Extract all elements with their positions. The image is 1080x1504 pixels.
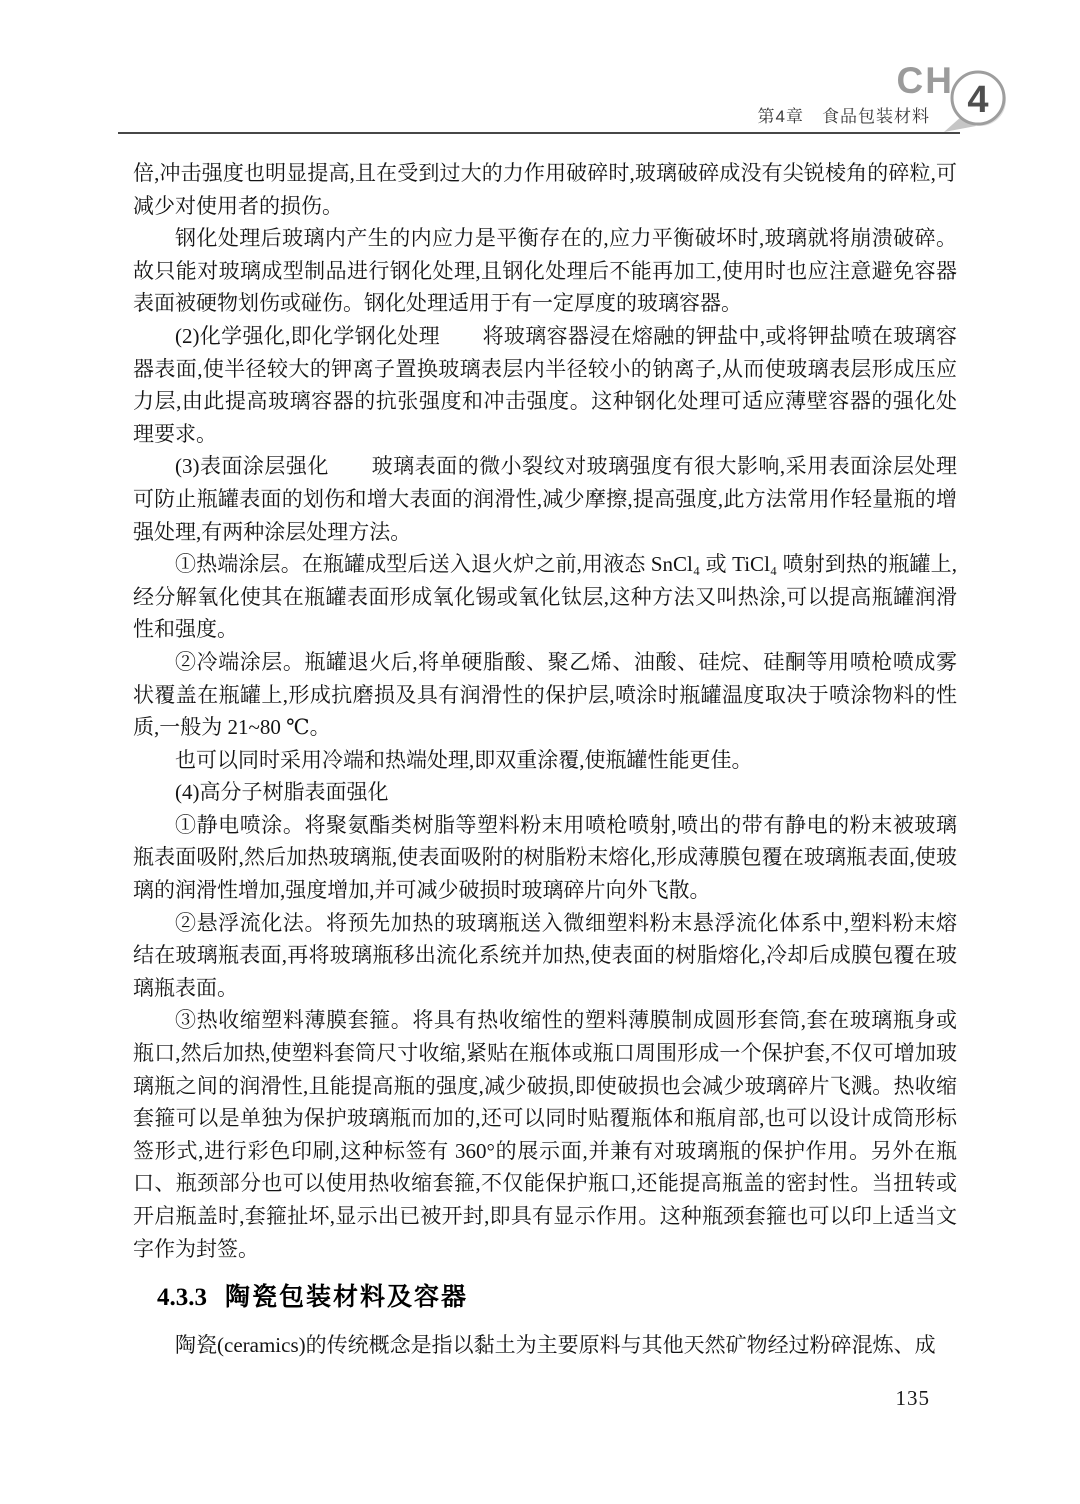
paragraph: (2)化学强化,即化学钢化处理 将玻璃容器浸在熔融的钾盐中,或将钾盐喷在玻璃容器… bbox=[133, 320, 957, 450]
paragraph: ①静电喷涂。将聚氨酯类树脂等塑料粉末用喷枪喷射,喷出的带有静电的粉末被玻璃瓶表面… bbox=[133, 809, 957, 907]
section-title: 陶瓷包装材料及容器 bbox=[225, 1280, 468, 1314]
paragraph: ①热端涂层。在瓶罐成型后送入退火炉之前,用液态 SnCl₄ 或 TiCl₄ 喷射… bbox=[133, 548, 957, 646]
paragraph: 倍,冲击强度也明显提高,且在受到过大的力作用破碎时,玻璃破碎成没有尖锐棱角的碎粒… bbox=[133, 157, 957, 222]
page-body: 倍,冲击强度也明显提高,且在受到过大的力作用破碎时,玻璃破碎成没有尖锐棱角的碎粒… bbox=[133, 157, 957, 1362]
book-page: CH 第4章 食品包装材料 4 倍,冲击强度也明显提高,且在受到过大的力作用破碎… bbox=[0, 0, 1080, 1504]
section-number: 4.3.3 bbox=[157, 1281, 207, 1315]
paragraph: (3)表面涂层强化 玻璃表面的微小裂纹对玻璃强度有很大影响,采用表面涂层处理可防… bbox=[133, 450, 957, 548]
header-divider bbox=[118, 132, 960, 134]
section-heading: 4.3.3 陶瓷包装材料及容器 bbox=[157, 1280, 957, 1315]
section-paragraph: 陶瓷(ceramics)的传统概念是指以黏土为主要原料与其他天然矿物经过粉碎混炼… bbox=[133, 1329, 957, 1362]
chapter-title: 第4章 食品包装材料 bbox=[758, 102, 930, 127]
page-number: 135 bbox=[896, 1386, 931, 1411]
chapter-number: 4 bbox=[967, 79, 988, 121]
paragraph-list: 倍,冲击强度也明显提高,且在受到过大的力作用破碎时,玻璃破碎成没有尖锐棱角的碎粒… bbox=[133, 157, 957, 1265]
paragraph: 也可以同时采用冷端和热端处理,即双重涂覆,使瓶罐性能更佳。 bbox=[133, 744, 957, 777]
chapter-number-bubble-icon: 4 bbox=[942, 70, 1010, 140]
paragraph: ③热收缩塑料薄膜套箍。将具有热收缩性的塑料薄膜制成圆形套筒,套在玻璃瓶身或瓶口,… bbox=[133, 1004, 957, 1265]
paragraph: ②冷端涂层。瓶罐退火后,将单硬脂酸、聚乙烯、油酸、硅烷、硅酮等用喷枪喷成雾状覆盖… bbox=[133, 646, 957, 744]
paragraph: (4)高分子树脂表面强化 bbox=[133, 776, 957, 809]
paragraph: ②悬浮流化法。将预先加热的玻璃瓶送入微细塑料粉末悬浮流化体系中,塑料粉末熔结在玻… bbox=[133, 907, 957, 1005]
paragraph: 钢化处理后玻璃内产生的内应力是平衡存在的,应力平衡破坏时,玻璃就将崩溃破碎。故只… bbox=[133, 222, 957, 320]
